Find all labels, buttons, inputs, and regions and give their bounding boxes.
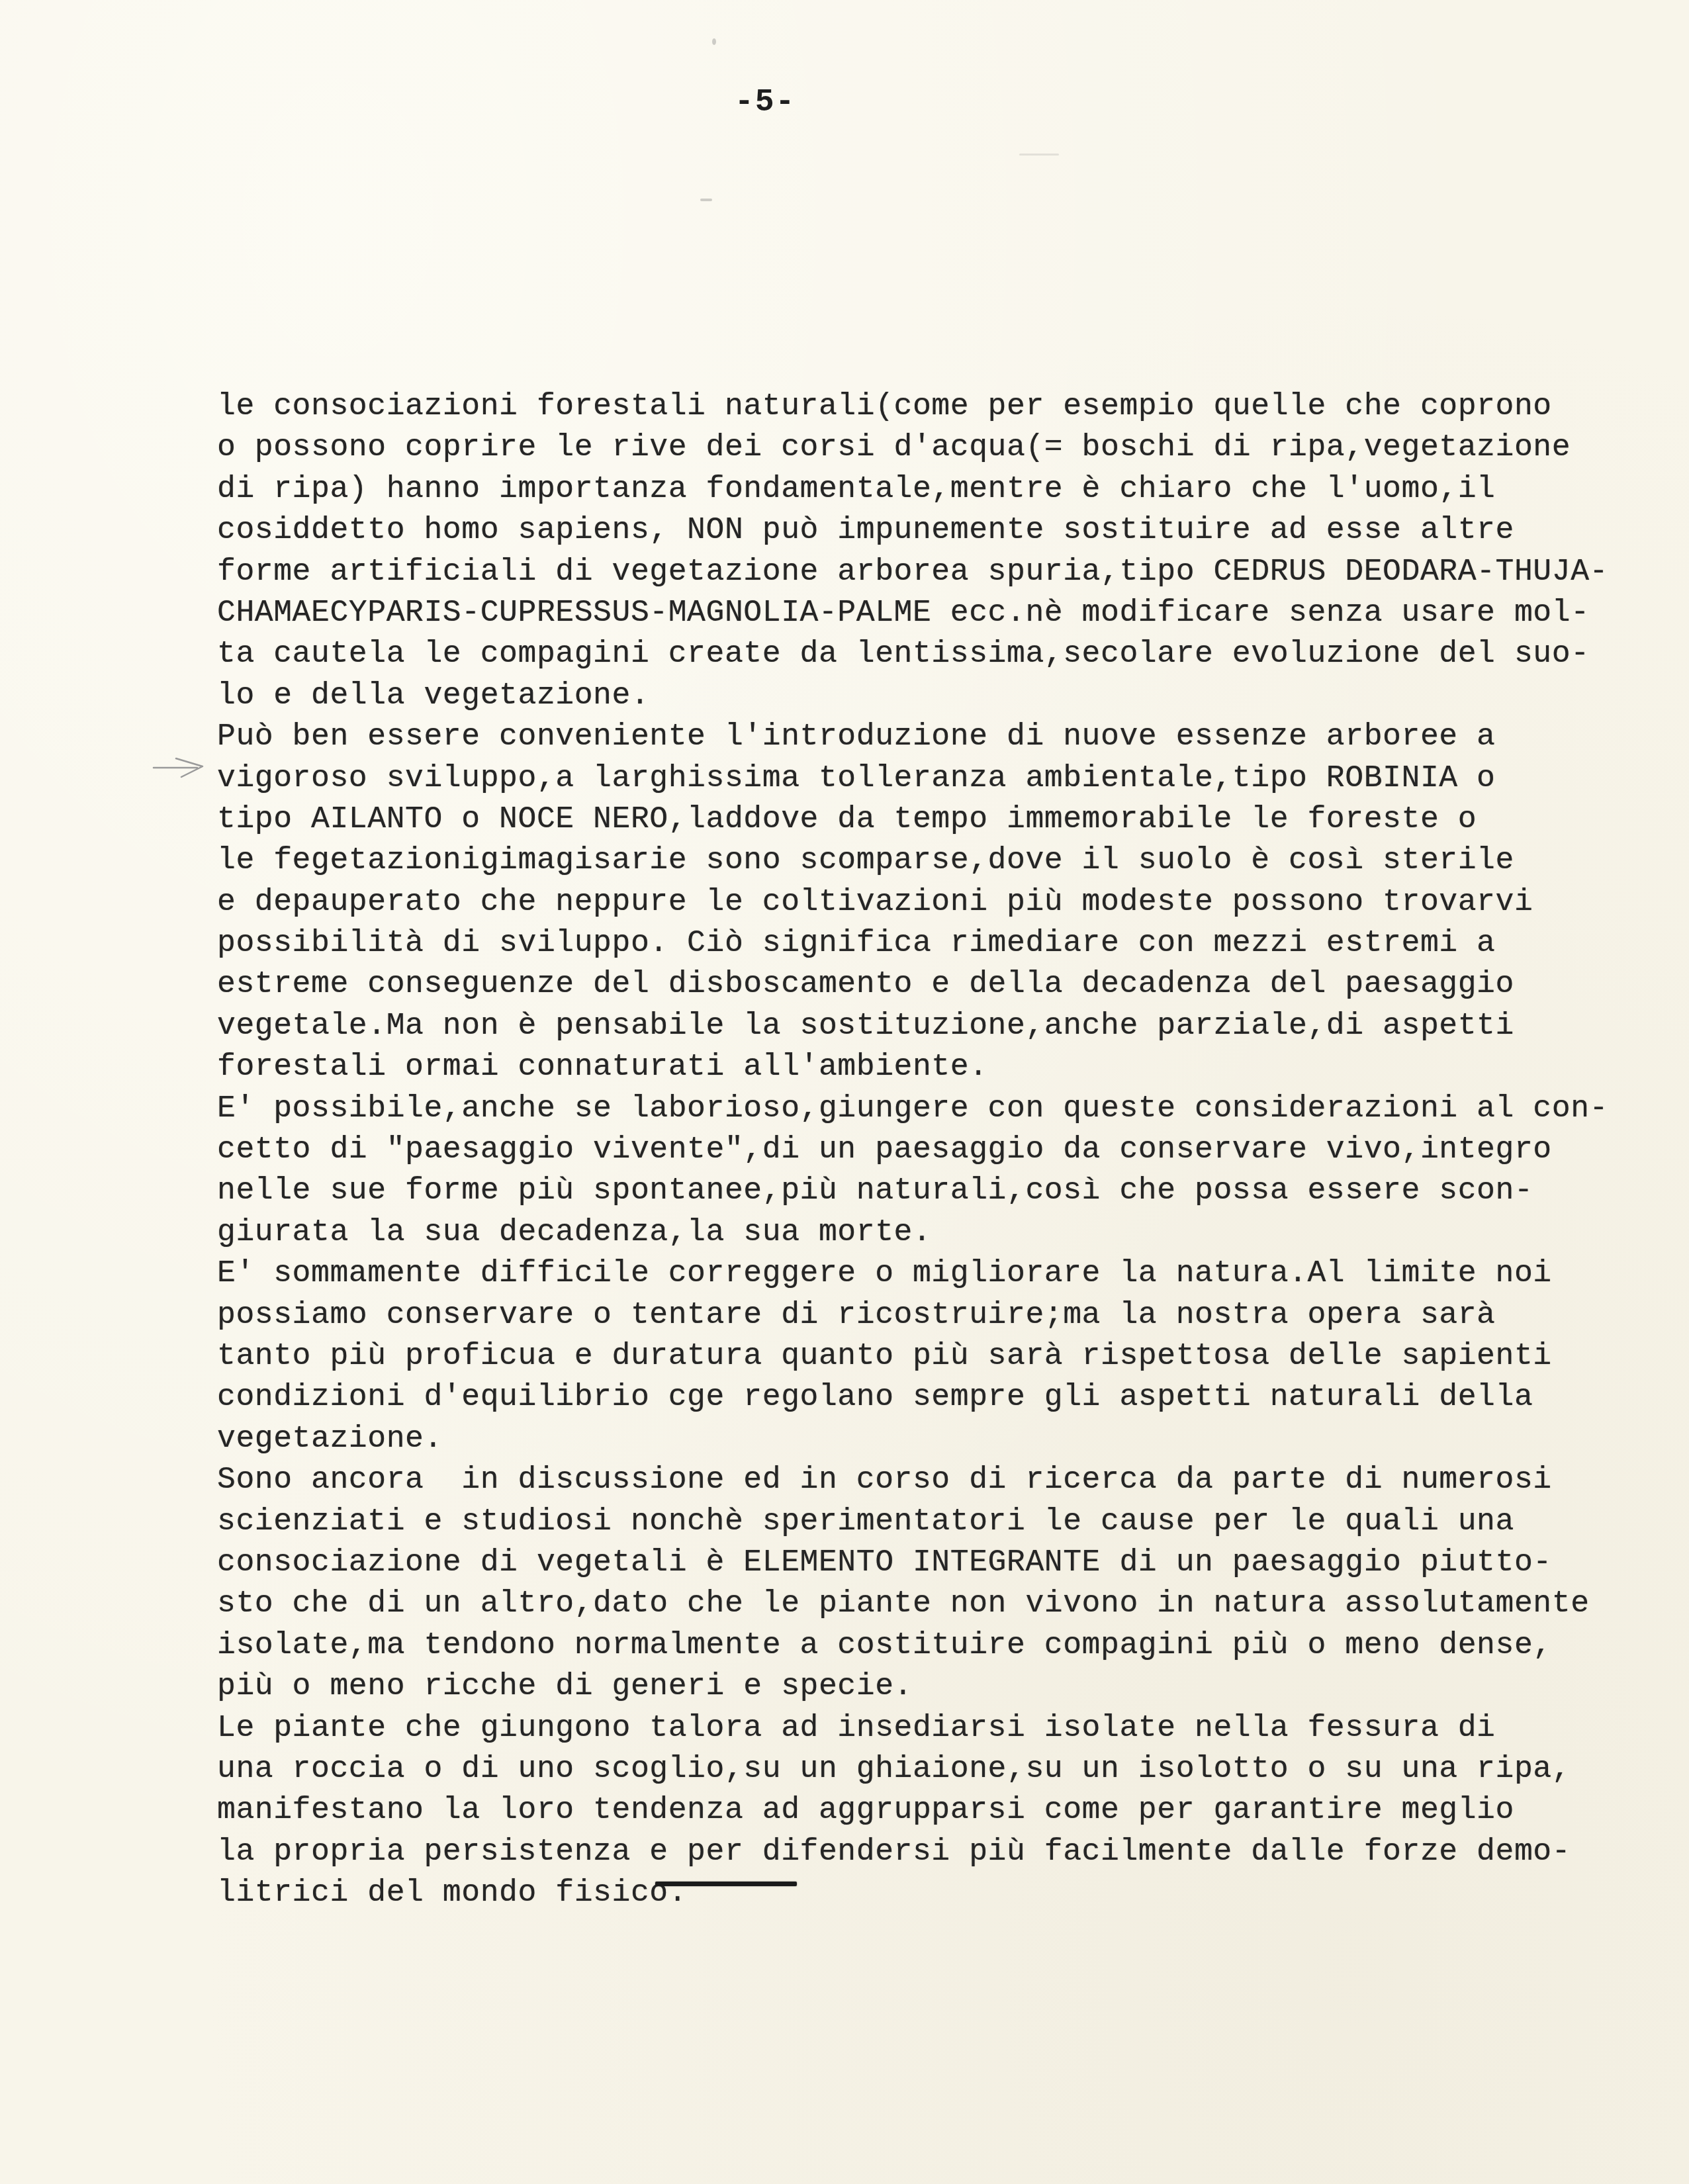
text-line: Può ben essere conveniente l'introduzion… [217, 716, 1541, 757]
text-line: CHAMAECYPARIS-CUPRESSUS-MAGNOLIA-PALME e… [217, 592, 1541, 633]
paper-speck [712, 38, 716, 45]
text-line: o possono coprire le rive dei corsi d'ac… [217, 427, 1541, 468]
text-line: più o meno ricche di generi e specie. [217, 1666, 1541, 1707]
paper-speck [700, 199, 712, 201]
text-line: E' possibile,anche se laborioso,giungere… [217, 1088, 1541, 1129]
text-line: Sono ancora in discussione ed in corso d… [217, 1459, 1541, 1500]
text-line: cosiddetto homo sapiens, NON può impunem… [217, 510, 1541, 551]
text-line: vegetazione. [217, 1418, 1541, 1459]
text-line: e depauperato che neppure le coltivazion… [217, 882, 1541, 923]
text-line: ta cautela le compagini create da lentis… [217, 633, 1541, 674]
text-line: isolate,ma tendono normalmente a costitu… [217, 1625, 1541, 1666]
text-line: manifestano la loro tendenza ad aggruppa… [217, 1790, 1541, 1831]
text-line: nelle sue forme più spontanee,più natura… [217, 1170, 1541, 1211]
body-text: le consociazioni forestali naturali(come… [217, 386, 1541, 1913]
text-line: sto che di un altro,dato che le piante n… [217, 1583, 1541, 1624]
typewritten-page: -5- le consociazioni forestali naturali(… [0, 0, 1689, 2184]
text-line: cetto di "paesaggio vivente",di un paesa… [217, 1129, 1541, 1170]
text-line: litrici del mondo fisico. [217, 1872, 1541, 1913]
text-line: una roccia o di uno scoglio,su un ghiaio… [217, 1749, 1541, 1790]
text-line: lo e della vegetazione. [217, 675, 1541, 716]
text-line-overstruck: le fegetazionigimagisarie sono scomparse… [217, 840, 1541, 881]
text-line: vegetale.Ma non è pensabile la sostituzi… [217, 1005, 1541, 1046]
paper-speck [1019, 154, 1059, 156]
text-line: Le piante che giungono talora ad insedia… [217, 1707, 1541, 1749]
page-number: -5- [735, 85, 796, 120]
text-line: possibilità di sviluppo. Ciò significa r… [217, 923, 1541, 964]
arrow-right-icon [152, 754, 205, 781]
end-of-text-rule [655, 1882, 797, 1886]
text-line: forme artificiali di vegetazione arborea… [217, 551, 1541, 592]
text-line: E' sommamente difficile correggere o mig… [217, 1253, 1541, 1294]
text-line: giurata la sua decadenza,la sua morte. [217, 1212, 1541, 1253]
text-line: di ripa) hanno importanza fondamentale,m… [217, 469, 1541, 510]
text-line: condizioni d'equilibrio cge regolano sem… [217, 1377, 1541, 1418]
text-line: tipo AILANTO o NOCE NERO,laddove da temp… [217, 799, 1541, 840]
text-line: consociazione di vegetali è ELEMENTO INT… [217, 1542, 1541, 1583]
text-line: scienziati e studiosi nonchè sperimentat… [217, 1501, 1541, 1542]
text-line: vigoroso sviluppo,a larghissima tolleran… [217, 758, 1541, 799]
text-line: estreme conseguenze del disboscamento e … [217, 964, 1541, 1005]
text-line: la propria persistenza e per difendersi … [217, 1831, 1541, 1872]
text-line: possiamo conservare o tentare di ricostr… [217, 1295, 1541, 1336]
text-line: tanto più proficua e duratura quanto più… [217, 1336, 1541, 1377]
text-line: le consociazioni forestali naturali(come… [217, 386, 1541, 427]
text-line: forestali ormai connaturati all'ambiente… [217, 1046, 1541, 1087]
